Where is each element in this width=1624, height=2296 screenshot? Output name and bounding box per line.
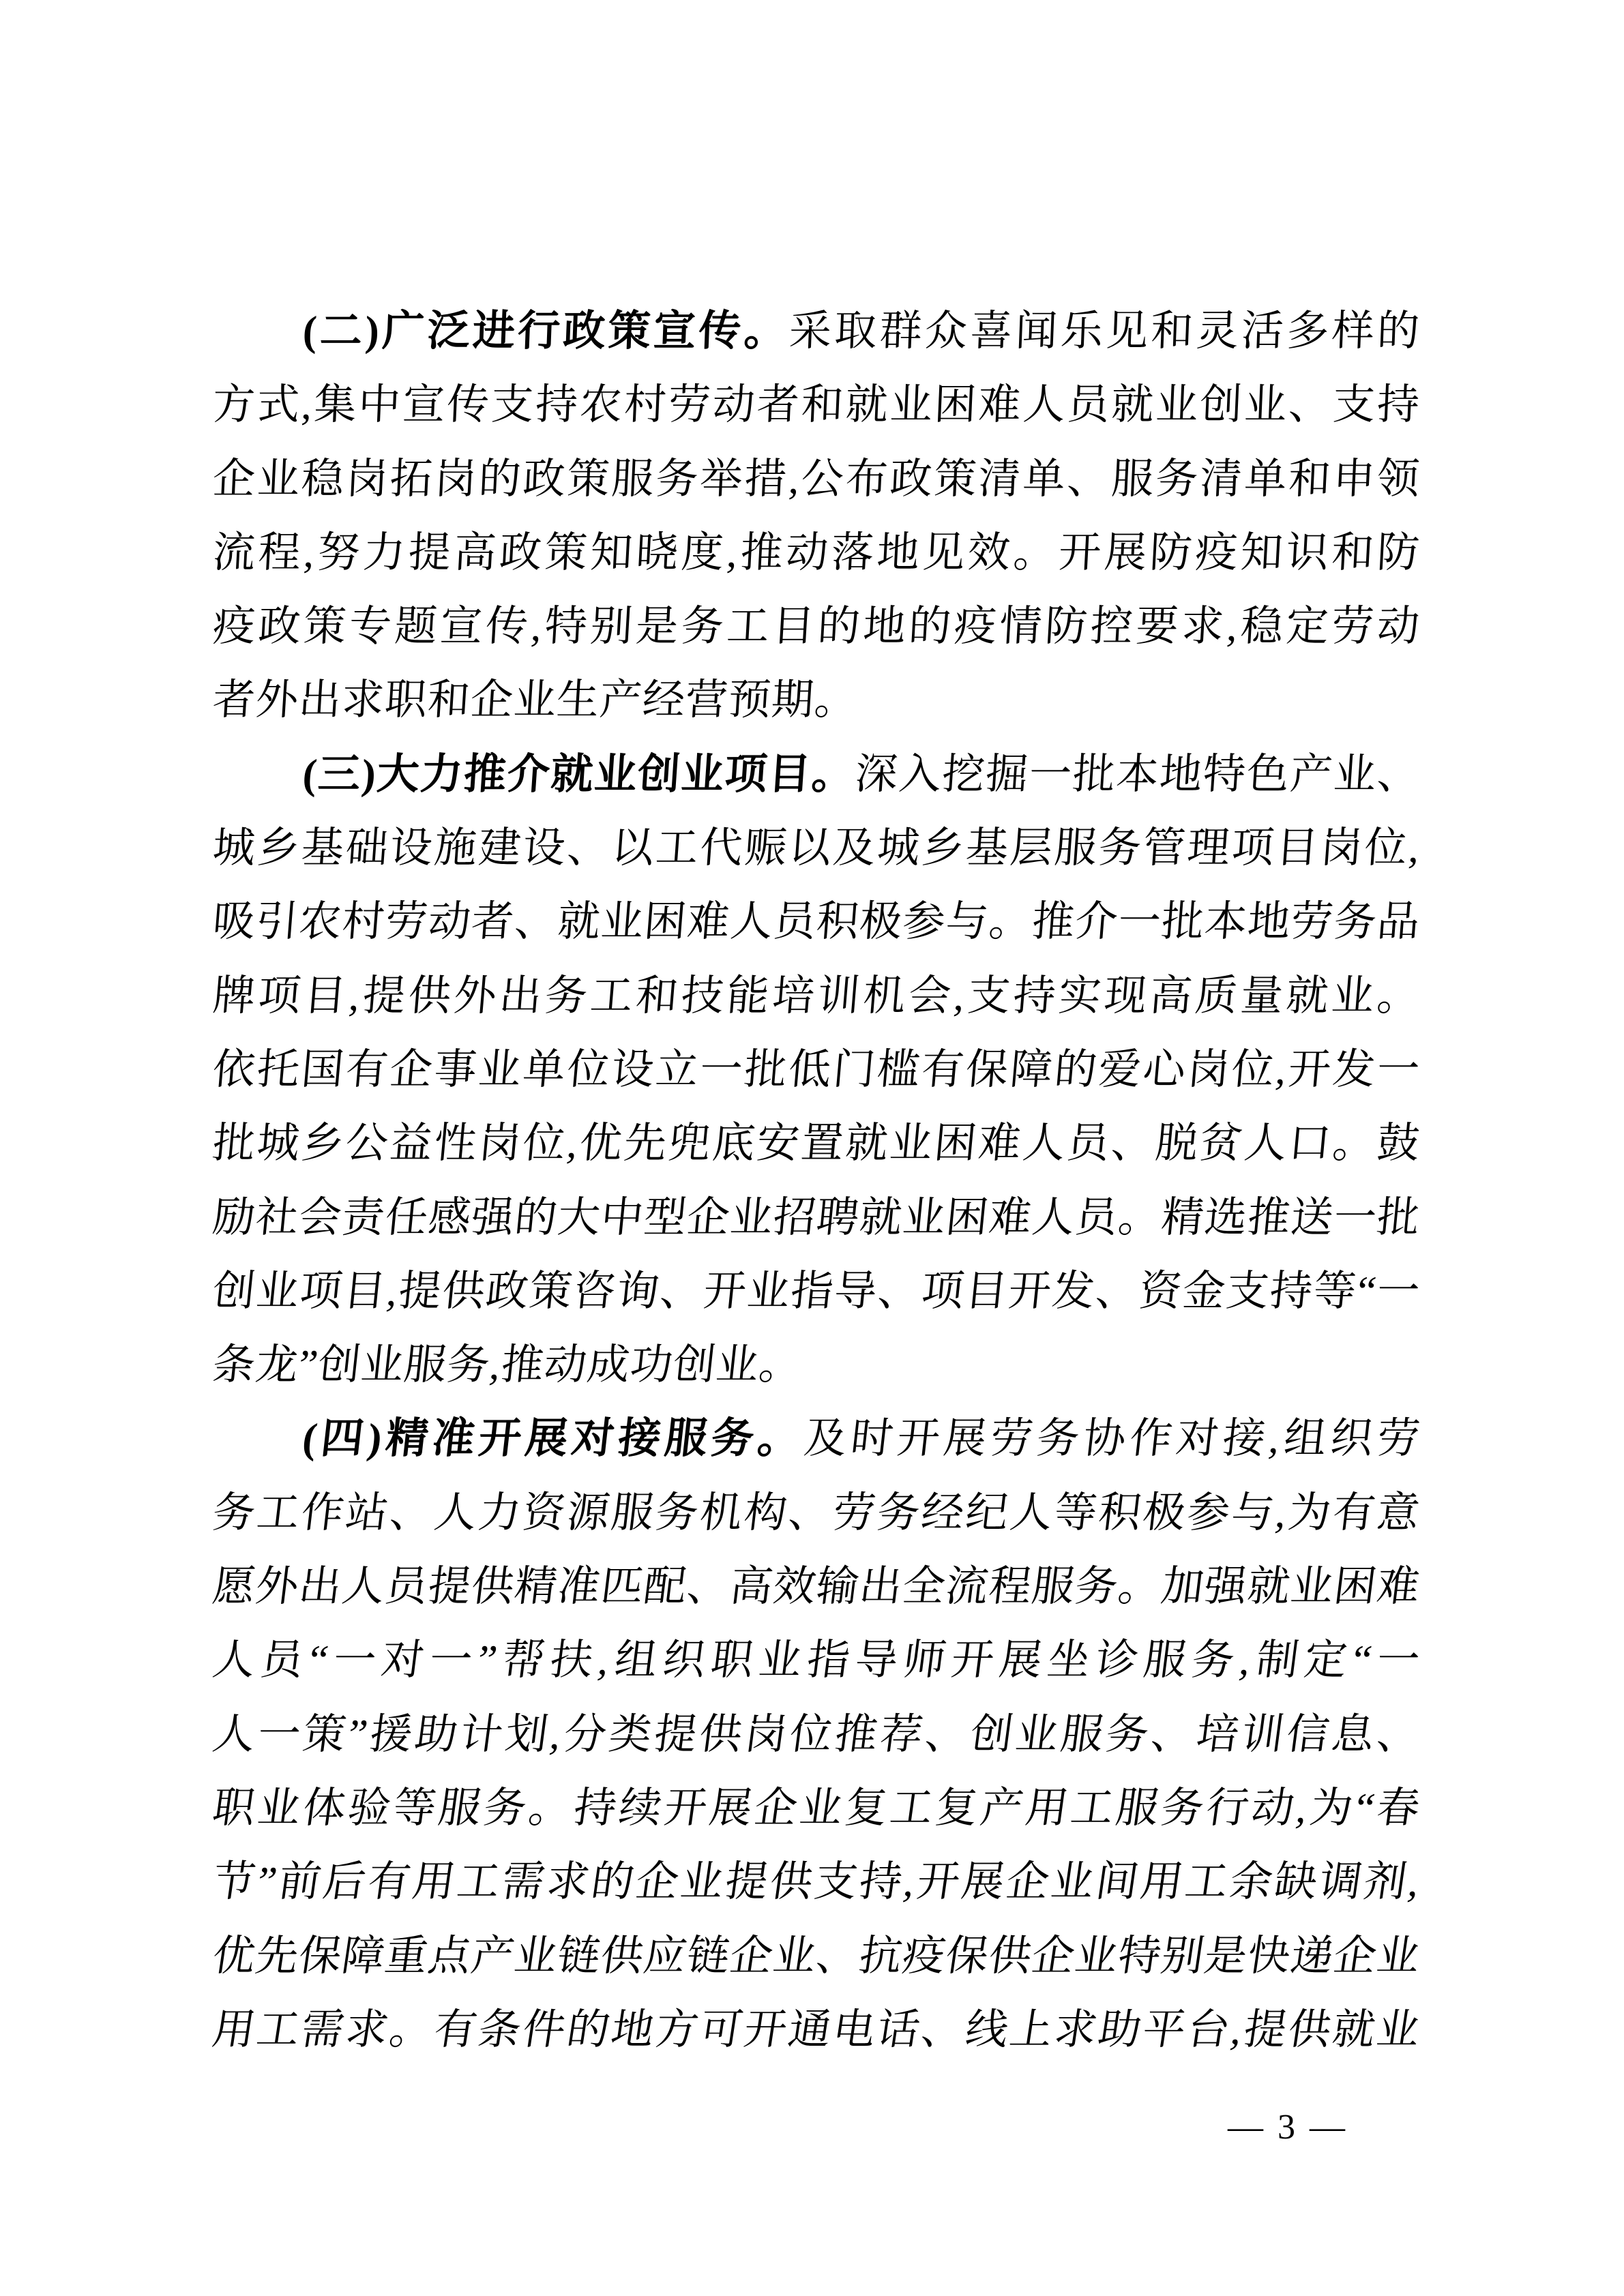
text-line: 条龙”创业服务,推动成功创业。 bbox=[209, 1328, 1424, 1402]
text-line: 流程,努力提高政策知晓度,推动落地见效。开展防疫知识和防 bbox=[211, 516, 1422, 590]
text-line: 批城乡公益性岗位,优先兜底安置就业困难人员、脱贫人口。鼓 bbox=[209, 1107, 1423, 1180]
line-text: 深入挖掘一批本地特色产业、 bbox=[854, 751, 1422, 798]
line-text: 吸引农村劳动者、就业困难人员积极参与。推介一批本地劳务品 bbox=[211, 899, 1421, 945]
line-text: 批城乡公益性岗位,优先兜底安置就业困难人员、脱贫人口。鼓 bbox=[211, 1120, 1422, 1167]
line-text: 节”前后有用工需求的企业提供支持,开展企业间用工余缺调剂, bbox=[209, 1859, 1423, 1905]
section-heading: (三)大力推介就业创业项目。 bbox=[301, 751, 857, 798]
text-line: (四)精准开展对接服务。及时开展劳务协作对接,组织劳 bbox=[209, 1402, 1424, 1476]
line-text: 流程,努力提高政策知晓度,推动落地见效。开展防疫知识和防 bbox=[211, 530, 1421, 576]
text-line: 者外出求职和企业生产经营预期。 bbox=[211, 664, 1423, 737]
text-line: 牌项目,提供外出务工和技能培训机会,支持实现高质量就业。 bbox=[210, 959, 1423, 1033]
text-line: (三)大力推介就业创业项目。深入挖掘一批本地特色产业、 bbox=[210, 738, 1422, 811]
text-line: 优先保障重点产业链供应链企业、抗疫保供企业特别是快递企业 bbox=[207, 1920, 1426, 1993]
line-text: 疫政策专题宣传,特别是务工目的地的疫情防控要求,稳定劳动 bbox=[211, 603, 1421, 650]
text-line: 企业稳岗拓岗的政策服务举措,公布政策清单、服务清单和申领 bbox=[211, 443, 1421, 516]
text-line: 疫政策专题宣传,特别是务工目的地的疫情防控要求,稳定劳动 bbox=[211, 590, 1422, 664]
text-line: 务工作站、人力资源服务机构、劳务经纪人等积极参与,为有意 bbox=[209, 1476, 1425, 1550]
line-text: 励社会责任感强的大中型企业招聘就业困难人员。精选推送一批 bbox=[211, 1195, 1423, 1241]
line-text: 采取群众喜闻乐见和灵活多样的 bbox=[788, 308, 1421, 355]
line-text: 条龙”创业服务,推动成功创业。 bbox=[210, 1342, 804, 1388]
line-text: 及时开展劳务协作对接,组织劳 bbox=[802, 1416, 1423, 1462]
text-line: 方式,集中宣传支持农村劳动者和就业困难人员就业创业、支持 bbox=[211, 368, 1422, 442]
text-line: 人员“一对一”帮扶,组织职业指导师开展坐诊服务,制定“一 bbox=[208, 1624, 1425, 1697]
line-text: 方式,集中宣传支持农村劳动者和就业困难人员就业创业、支持 bbox=[212, 382, 1421, 428]
text-block: (二)广泛进行政策宣传。采取群众喜闻乐见和灵活多样的方式,集中宣传支持农村劳动者… bbox=[213, 295, 1420, 2067]
line-text: 优先保障重点产业链供应链企业、抗疫保供企业特别是快递企业 bbox=[209, 1933, 1423, 1980]
line-text: 人员“一对一”帮扶,组织职业指导师开展坐诊服务,制定“一 bbox=[210, 1637, 1423, 1684]
section-heading: (四)精准开展对接服务。 bbox=[300, 1416, 807, 1462]
document-page: (二)广泛进行政策宣传。采取群众喜闻乐见和灵活多样的方式,集中宣传支持农村劳动者… bbox=[0, 0, 1624, 2296]
line-text: 牌项目,提供外出务工和技能培训机会,支持实现高质量就业。 bbox=[211, 973, 1422, 1019]
line-text: 职业体验等服务。持续开展企业复工复产用工服务行动,为“春 bbox=[209, 1785, 1423, 1832]
text-line: (二)广泛进行政策宣传。采取群众喜闻乐见和灵活多样的 bbox=[211, 295, 1421, 368]
line-text: 者外出求职和企业生产经营预期。 bbox=[211, 677, 859, 724]
line-text: 城乡基础设施建设、以工代赈以及城乡基层服务管理项目岗位, bbox=[211, 825, 1422, 871]
line-text: 用工需求。有条件的地方可开通电话、线上求助平台,提供就业 bbox=[209, 2007, 1423, 2053]
text-line: 依托国有企事业单位设立一批低门槛有保障的爱心岗位,开发一 bbox=[209, 1033, 1423, 1107]
text-line: 城乡基础设施建设、以工代赈以及城乡基层服务管理项目岗位, bbox=[210, 811, 1423, 885]
text-line: 用工需求。有条件的地方可开通电话、线上求助平台,提供就业 bbox=[207, 1993, 1426, 2067]
line-text: 愿外出人员提供精准匹配、高效输出全流程服务。加强就业困难 bbox=[210, 1564, 1423, 1610]
text-line: 人一策”援助计划,分类提供岗位推荐、创业服务、培训信息、 bbox=[208, 1698, 1425, 1772]
text-line: 节”前后有用工需求的企业提供支持,开展企业间用工余缺调剂, bbox=[207, 1845, 1425, 1919]
line-text: 企业稳岗拓岗的政策服务举措,公布政策清单、服务清单和申领 bbox=[211, 456, 1421, 503]
line-text: 依托国有企事业单位设立一批低门槛有保障的爱心岗位,开发一 bbox=[211, 1047, 1422, 1093]
page-number: — 3 — bbox=[1228, 2110, 1348, 2145]
text-line: 吸引农村劳动者、就业困难人员积极参与。推介一批本地劳务品 bbox=[210, 885, 1423, 959]
text-line: 职业体验等服务。持续开展企业复工复产用工服务行动,为“春 bbox=[208, 1772, 1426, 1845]
line-text: 务工作站、人力资源服务机构、劳务经纪人等积极参与,为有意 bbox=[210, 1490, 1423, 1536]
section-heading: (二)广泛进行政策宣传。 bbox=[302, 308, 791, 355]
line-text: 人一策”援助计划,分类提供岗位推荐、创业服务、培训信息、 bbox=[210, 1712, 1423, 1758]
text-line: 创业项目,提供政策咨询、开业指导、项目开发、资金支持等“一 bbox=[209, 1255, 1423, 1328]
text-line: 愿外出人员提供精准匹配、高效输出全流程服务。加强就业困难 bbox=[208, 1550, 1424, 1624]
text-line: 励社会责任感强的大中型企业招聘就业困难人员。精选推送一批 bbox=[209, 1181, 1424, 1255]
line-text: 创业项目,提供政策咨询、开业指导、项目开发、资金支持等“一 bbox=[211, 1268, 1423, 1315]
